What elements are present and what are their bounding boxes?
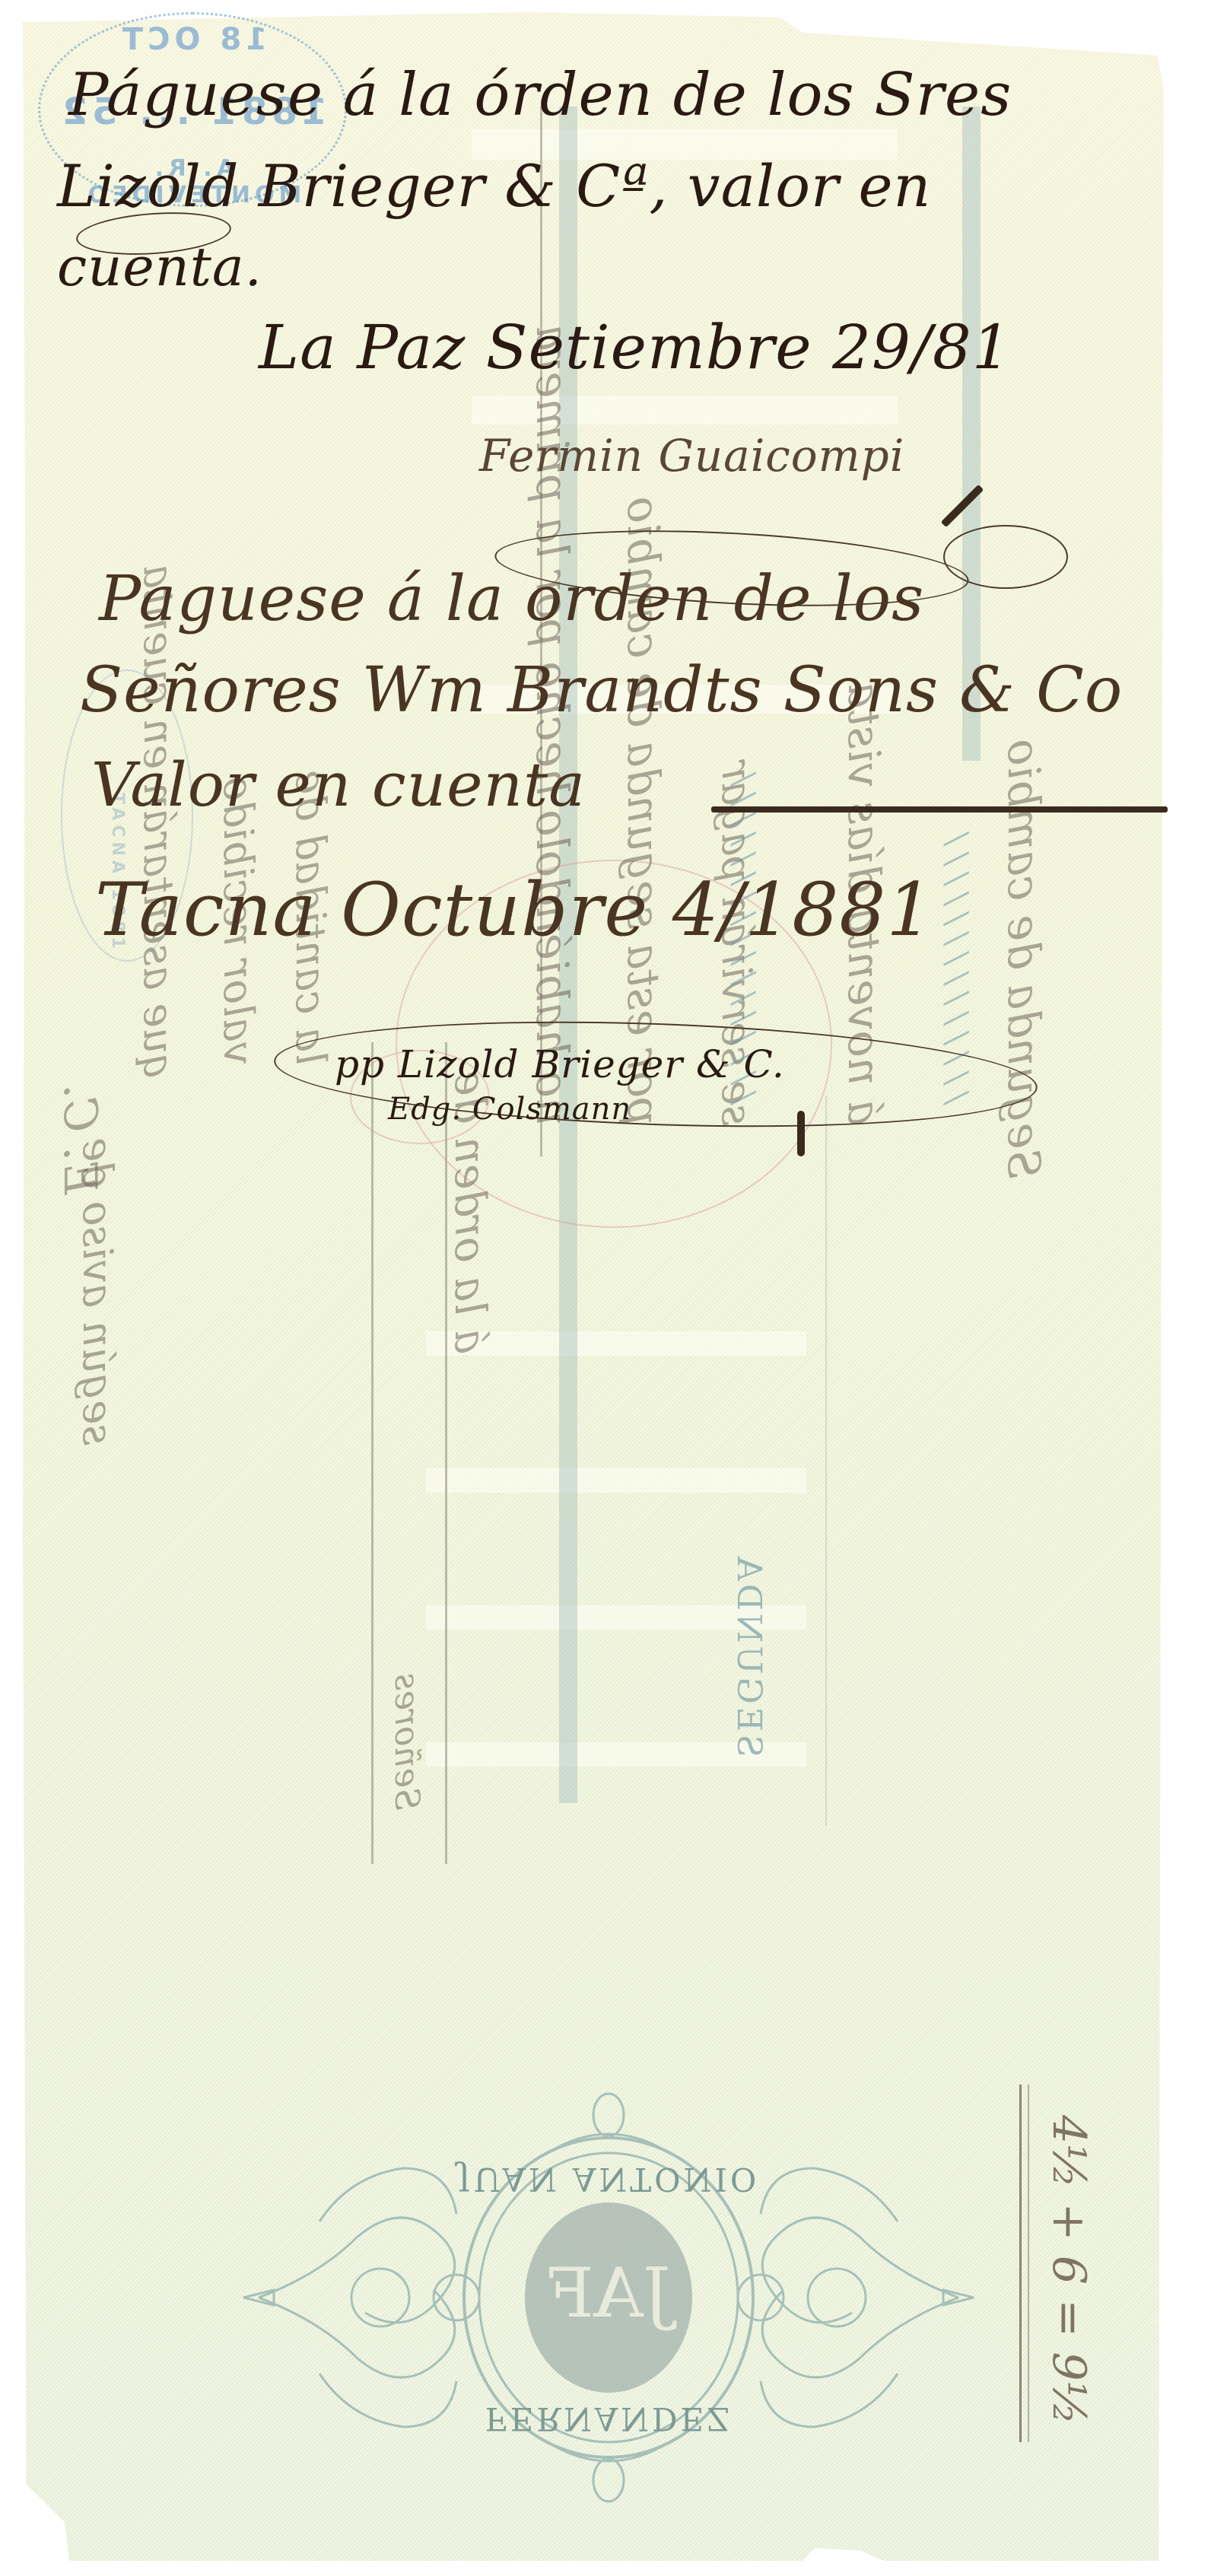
endorsement-1-signature: Fermin Guaicompi — [479, 430, 904, 482]
margin-pencil-note: 4½ + 6 = 9½ — [1042, 2115, 1095, 2425]
endorsement-1-place-date: La Paz Setiembre 29/81 — [259, 312, 1012, 383]
endorsement-2-line-2: Señores Wm Brandts Sons & Co — [80, 654, 1123, 727]
watermark-band — [426, 1468, 806, 1493]
emblem-ring-text-bottom: JUAN ANTONIO — [455, 2161, 760, 2198]
bleed-text: Segunda de cambio — [998, 739, 1050, 1179]
column-rule — [371, 1042, 373, 1864]
endorsement-1-line-2: Lizold Brieger & Cª, valor en — [57, 152, 931, 220]
endorsement-2-line-3: Valor en cuenta — [91, 749, 586, 820]
signature-stroke — [797, 1111, 805, 1156]
bleed-text: Señores — [387, 1673, 426, 1811]
bleed-text: E. C. — [53, 1084, 106, 1194]
stamp-text-top: 18 OCT — [40, 22, 345, 57]
underline-stroke — [711, 806, 1168, 813]
endorsement-2-signature-firm: pp Lizold Brieger & C. — [335, 1042, 785, 1086]
emblem-ring-text-top: FERNANDEZ — [485, 2400, 733, 2438]
margin-double-rule — [1019, 2085, 1029, 2442]
endorsement-2-place-date: Tacna Octubre 4/1881 — [95, 867, 933, 952]
emblem-monogram: JAF — [546, 2253, 677, 2333]
endorsement-2-signature-name: Edg. Colsmann — [388, 1092, 631, 1127]
emblem-graphic: JAF FERNANDEZ JUAN ANTONIO — [228, 2085, 989, 2511]
printed-label-segunda: SEGUNDA — [729, 1554, 768, 1757]
endorsement-1-line-1: Páguese á la órden de los Sres — [68, 61, 1012, 129]
flourish — [943, 525, 1068, 589]
engraved-emblem: JAF FERNANDEZ JUAN ANTONIO — [228, 2085, 989, 2511]
column-rule — [825, 1096, 827, 1826]
endorsement-2-line-1: Paguese á la orden de los — [99, 563, 924, 635]
